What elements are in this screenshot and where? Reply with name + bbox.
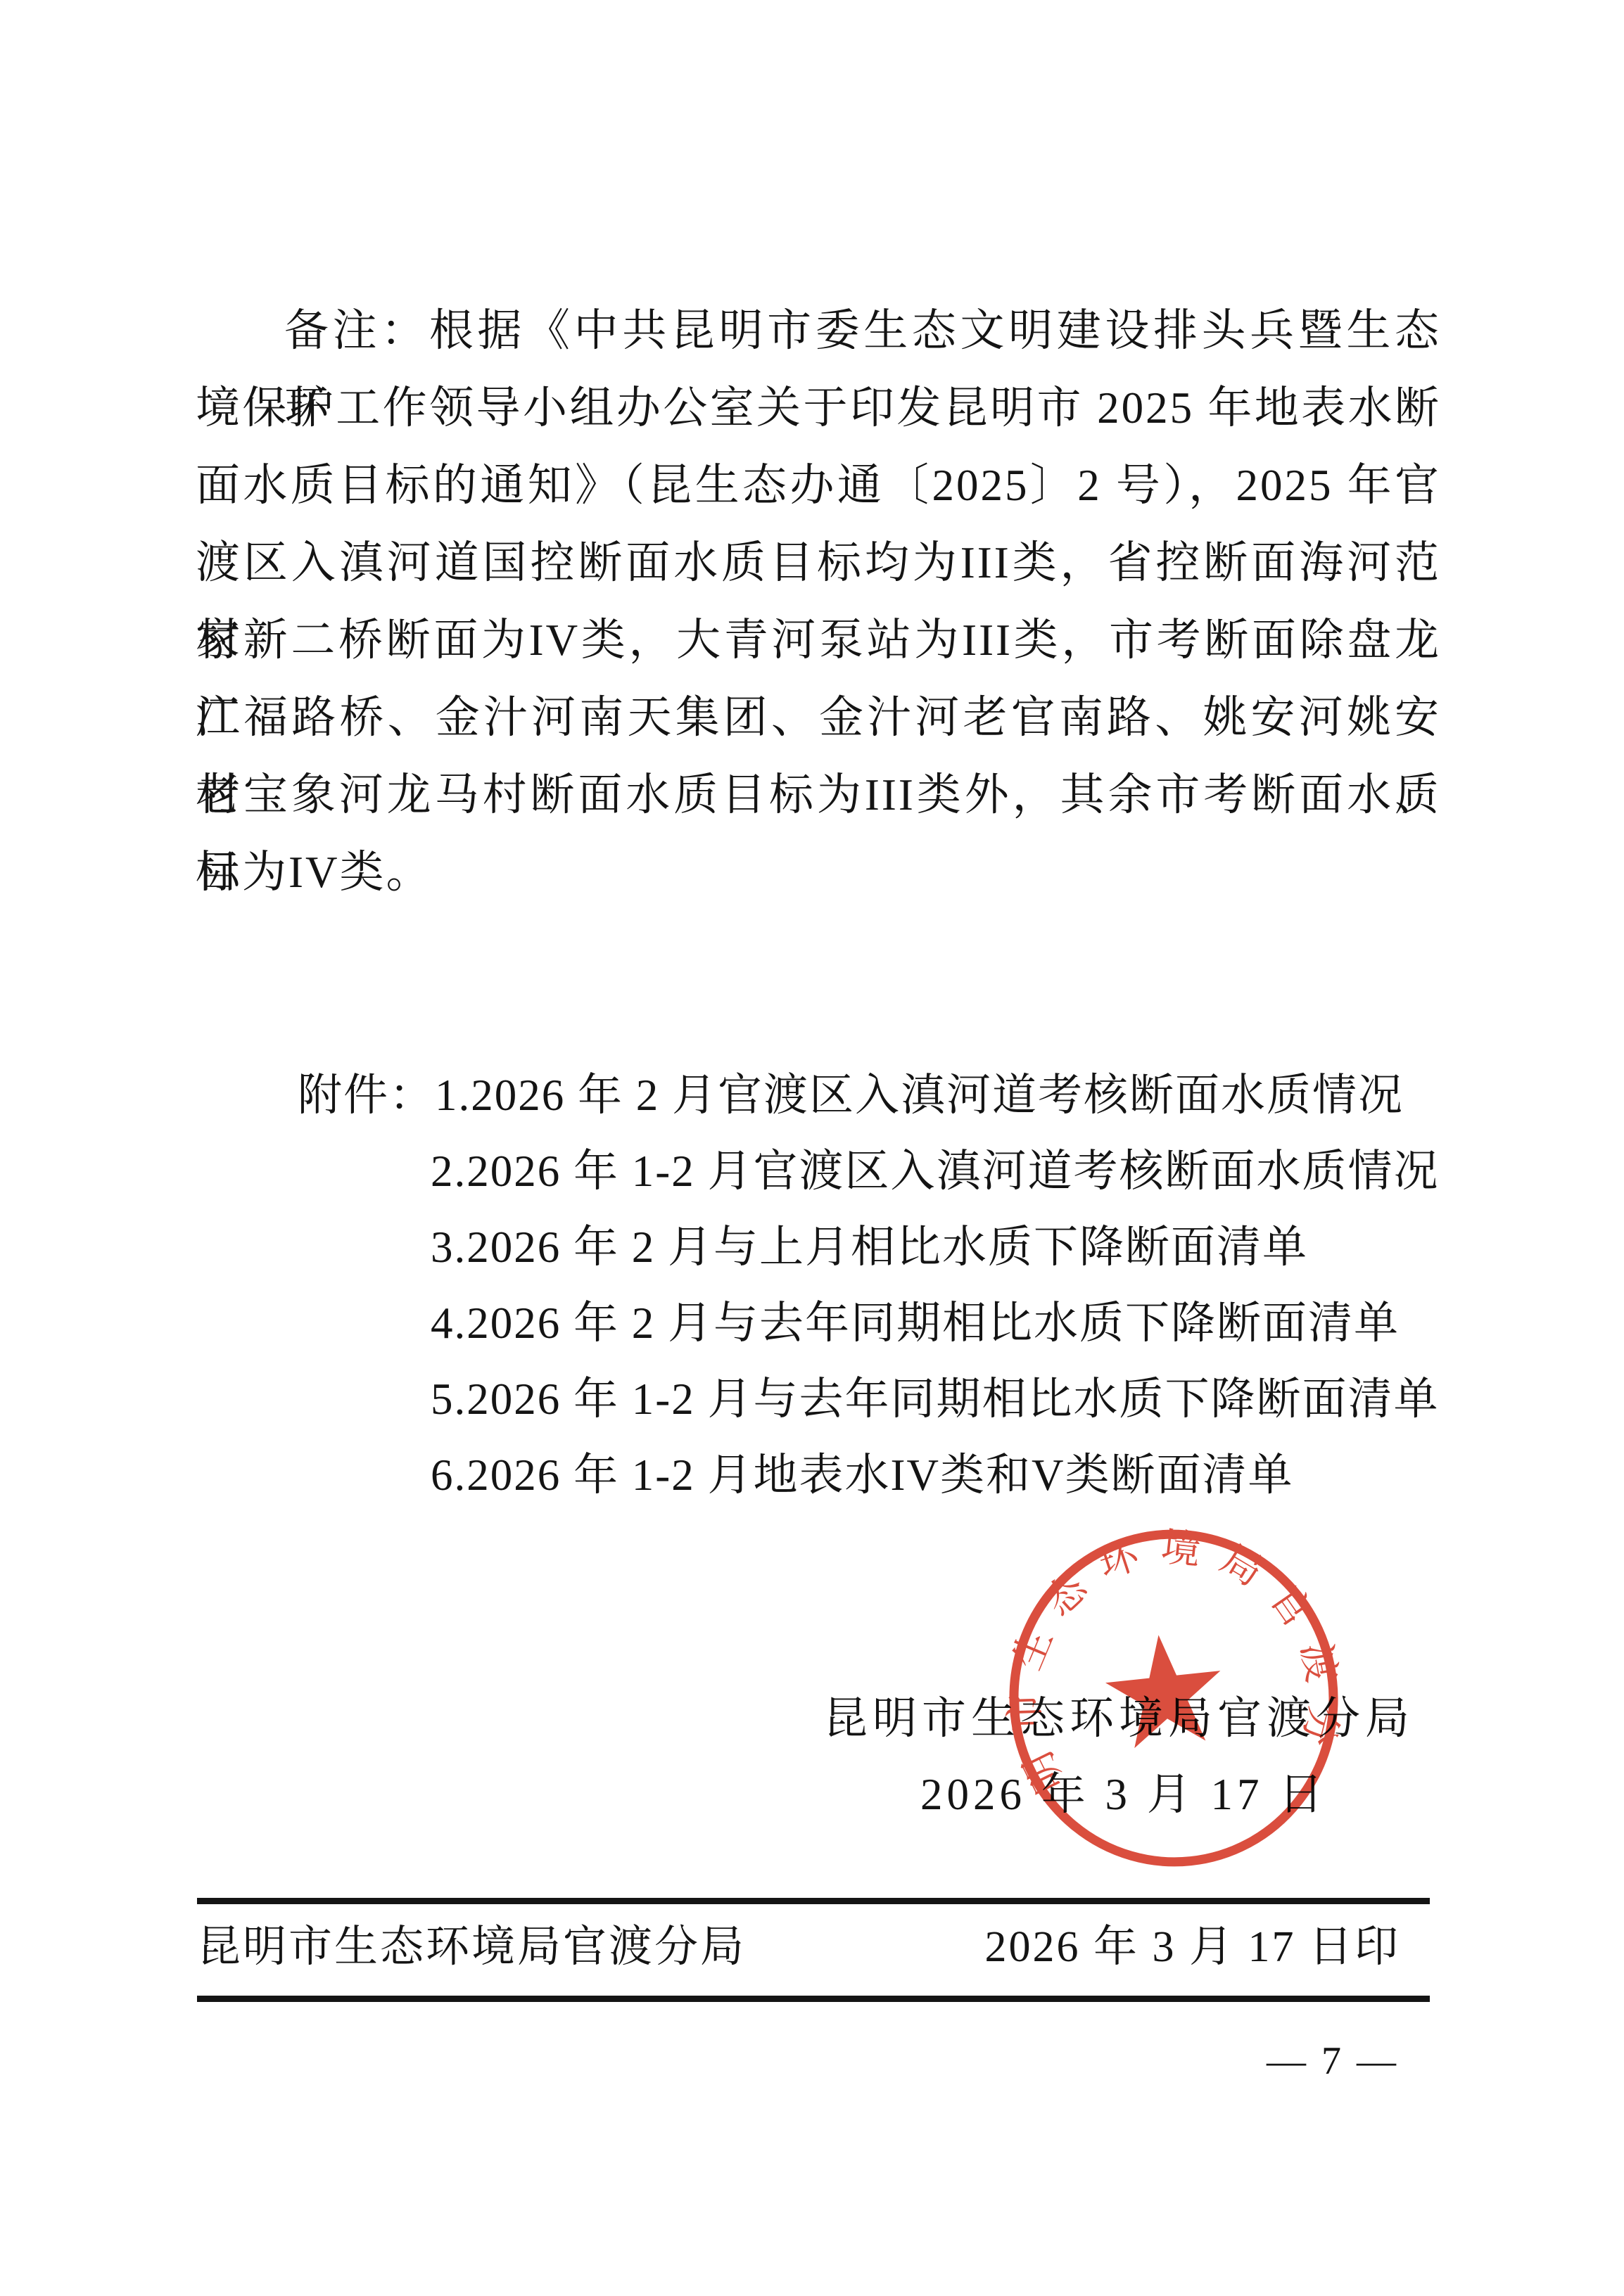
document-page: 备注：根据《中共昆明市委生态文明建设排头兵暨生态环 境保护工作领导小组办公室关于… — [0, 0, 1624, 2296]
attachment-item: 4.2026 年 2 月与去年同期相比水质下降断面清单 — [196, 1285, 1455, 1361]
official-seal: 昆明市生态环境局官渡分局 — [987, 1508, 1361, 1888]
footer-print-date: 2026 年 3 月 17 日印 — [984, 1922, 1400, 1972]
attachment-item: 5.2026 年 1-2 月与去年同期相比水质下降断面清单 — [196, 1361, 1455, 1437]
note-paragraph: 备注：根据《中共昆明市委生态文明建设排头兵暨生态环 境保护工作领导小组办公室关于… — [196, 292, 1441, 911]
seal-arc-text: 昆明市生态环境局官渡分局 — [987, 1508, 1354, 1804]
footer-issuer: 昆明市生态环境局官渡分局 — [197, 1922, 746, 1972]
attachment-item-text: 1.2026 年 2 月官渡区入滇河道考核断面水质情况 — [435, 1071, 1404, 1120]
note-line: 广福路桥、金汁河南天集团、金汁河老官南路、姚安河姚安村、 — [196, 679, 1441, 756]
note-line: 备注：根据《中共昆明市委生态文明建设排头兵暨生态环 — [196, 292, 1441, 369]
note-line: 村新二桥断面为IV类，大青河泵站为III类，市考断面除盘龙江 — [196, 601, 1441, 679]
note-line: 标为IV类。 — [196, 834, 1441, 911]
footer-row: 昆明市生态环境局官渡分局 2026 年 3 月 17 日印 — [197, 1922, 1430, 1972]
note-line: 面水质目标的通知》（昆生态办通〔2025〕2 号），2025 年官 — [196, 447, 1441, 524]
note-line: 境保护工作领导小组办公室关于印发昆明市 2025 年地表水断 — [196, 369, 1441, 447]
page-number: — 7 — — [1192, 2039, 1473, 2084]
attachment-item: 2.2026 年 1-2 月官渡区入滇河道考核断面水质情况 — [196, 1133, 1455, 1209]
seal-star-icon — [1101, 1629, 1228, 1751]
footer-rule-bottom — [197, 1996, 1430, 2002]
note-line: 老宝象河龙马村断面水质目标为III类外，其余市考断面水质目 — [196, 756, 1441, 834]
note-line: 渡区入滇河道国控断面水质目标均为III类，省控断面海河范家 — [196, 524, 1441, 601]
attachment-item: 6.2026 年 1-2 月地表水IV类和V类断面清单 — [196, 1437, 1455, 1513]
attachments-label: 附件： — [298, 1071, 435, 1120]
footer-rule-top — [197, 1898, 1430, 1904]
attachment-item: 3.2026 年 2 月与上月相比水质下降断面清单 — [196, 1209, 1455, 1285]
attachment-item: 附件：1.2026 年 2 月官渡区入滇河道考核断面水质情况 — [196, 1057, 1455, 1133]
seal-text: 昆明市生态环境局官渡分局 — [987, 1508, 1354, 1804]
attachments-section: 附件：1.2026 年 2 月官渡区入滇河道考核断面水质情况 2.2026 年 … — [196, 1057, 1455, 1513]
